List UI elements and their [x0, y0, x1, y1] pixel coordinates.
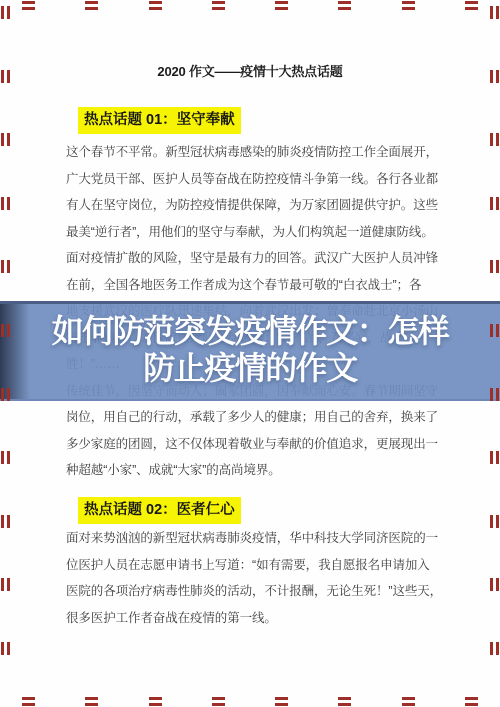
border-mark: [212, 1, 225, 10]
paragraph: 面对来势汹汹的新型冠状病毒肺炎疫情，华中科技大学同济医院的一位医护人员在志愿申请…: [66, 525, 442, 631]
paragraph-line: 面对来势汹汹的新型冠状病毒肺炎疫情，华中科技大学同济医院的一: [66, 525, 442, 552]
border-mark: [1, 197, 10, 210]
border-mark: [149, 1, 162, 10]
border-mark: [1, 578, 10, 591]
border-mark: [212, 697, 225, 706]
border-mark: [465, 697, 478, 706]
paragraph-line: 医院的各项治疗病毒性肺炎的活动，不计报酬，无论生死！”这些天，: [66, 578, 442, 605]
border-mark: [1, 642, 10, 655]
border-mark: [85, 1, 98, 10]
border-mark: [490, 451, 499, 464]
document-page: 2020 作文——疫情十大热点话题 热点话题 01：坚守奉献这个春节不平常。新型…: [0, 0, 500, 707]
border-mark: [338, 1, 351, 10]
banner-title-line1: 如何防范突发疫情作文：怎样: [0, 313, 500, 350]
border-mark: [1, 451, 10, 464]
paragraph-line: 位医护人员在志愿申请书上写道：“如有需要，我自愿报名申请加入: [66, 552, 442, 579]
paragraph-line: 在前，全国各地医务工作者成为这个春节最可敬的“白衣战士”；各: [66, 272, 438, 299]
border-mark: [490, 197, 499, 210]
paragraph-line: 很多医护工作者奋战在疫情的第一线。: [66, 605, 442, 632]
border-mark: [465, 1, 478, 10]
paragraph-line: 岗位，用自己的行动，承载了多少人的健康；用自己的舍弃，换来了: [66, 404, 438, 431]
page-title: 2020 作文——疫情十大热点话题: [0, 61, 500, 80]
border-mark: [1, 515, 10, 528]
border-mark: [402, 1, 415, 10]
border-mark: [490, 642, 499, 655]
border-mark: [490, 515, 499, 528]
paragraph-line: 面对疫情扩散的风险，坚守是最有力的回答。武汉广大医护人员冲锋: [66, 245, 438, 272]
paragraph-line: 种超越“小家”、成就“大家”的高尚境界。: [66, 457, 438, 484]
border-mark: [85, 697, 98, 706]
border-mark: [490, 578, 499, 591]
paragraph-line: 广大党员干部、医护人员等奋战在防控疫情斗争第一线。各行各业都: [66, 166, 438, 193]
border-mark: [1, 260, 10, 273]
border-mark: [275, 697, 288, 706]
paragraph-line: 这个春节不平常。新型冠状病毒感染的肺炎疫情防控工作全面展开，: [66, 139, 438, 166]
paragraph-line: 有人在坚守岗位，为防控疫情提供保障，为万家团圆提供守护。这些: [66, 192, 438, 219]
border-mark: [338, 697, 351, 706]
border-mark: [490, 133, 499, 146]
border-mark: [402, 697, 415, 706]
border-mark: [490, 260, 499, 273]
border-mark: [1, 6, 10, 19]
section-heading: 热点话题 01：坚守奉献: [78, 107, 241, 134]
border-mark: [22, 1, 35, 10]
paragraph-line: 最美“逆行者”，用他们的坚守与奉献，为人们构筑起一道健康防线。: [66, 219, 438, 246]
border-mark: [490, 6, 499, 19]
border-mark: [149, 697, 162, 706]
border-mark: [22, 697, 35, 706]
border-mark: [275, 1, 288, 10]
border-mark: [1, 133, 10, 146]
banner-title-line2: 防止疫情的作文: [0, 350, 500, 387]
paragraph-line: 多少家庭的团圆，这不仅体现着敬业与奉献的价值追求，更展现出一: [66, 431, 438, 458]
section-heading: 热点话题 02：医者仁心: [78, 497, 241, 524]
